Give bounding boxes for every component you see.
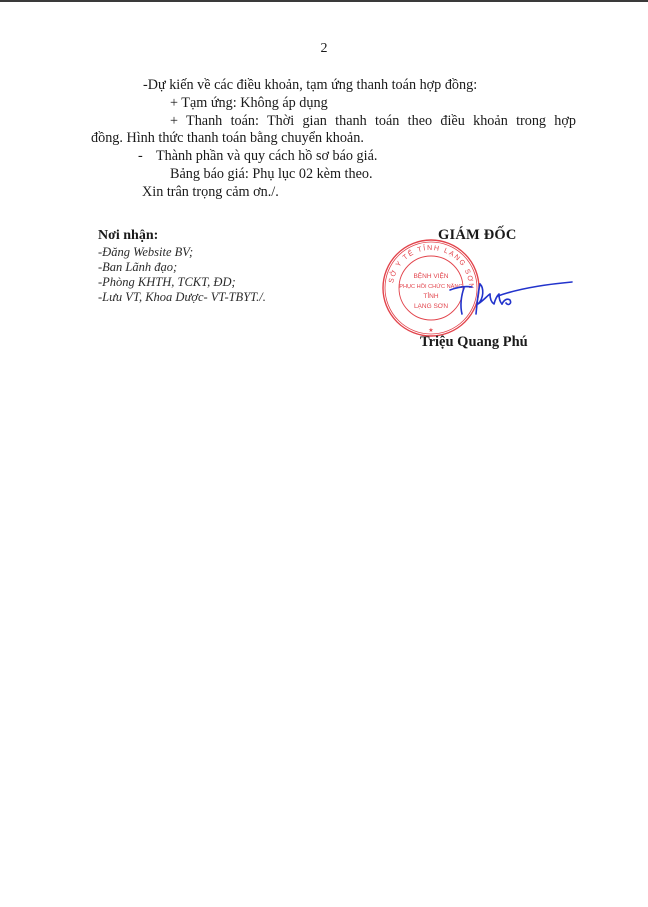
body-line-advance: + Tạm ứng: Không áp dụng — [170, 94, 328, 112]
body-line-terms: -Dự kiến về các điều khoản, tạm ứng than… — [143, 76, 477, 94]
page-number: 2 — [0, 41, 648, 57]
svg-text:TỈNH: TỈNH — [423, 291, 438, 300]
body-line-quotation: Bảng báo giá: Phụ lục 02 kèm theo. — [170, 165, 373, 183]
recipient-item: -Ban Lãnh đạo; — [98, 260, 177, 275]
handwritten-signature-icon — [440, 270, 580, 320]
recipient-item: -Lưu VT, Khoa Dược- VT-TBYT./. — [98, 290, 266, 305]
recipient-item: -Phòng KHTH, TCKT, ĐD; — [98, 275, 236, 290]
recipient-item: -Đăng Website BV; — [98, 245, 193, 260]
body-line-payment-cont: đồng. Hình thức thanh toán bằng chuyển k… — [91, 129, 364, 147]
body-line-payment: + Thanh toán: Thời gian thanh toán theo … — [170, 112, 576, 130]
page-top-border — [0, 0, 648, 2]
body-line-documents: Thành phần và quy cách hồ sơ báo giá. — [156, 147, 377, 165]
svg-text:★: ★ — [428, 327, 433, 334]
body-line-bullet: - — [138, 147, 143, 165]
recipients-title: Nơi nhận: — [98, 227, 158, 244]
body-line-thanks: Xin trân trọng cảm ơn./. — [142, 183, 279, 201]
signer-name: Triệu Quang Phú — [420, 334, 528, 351]
